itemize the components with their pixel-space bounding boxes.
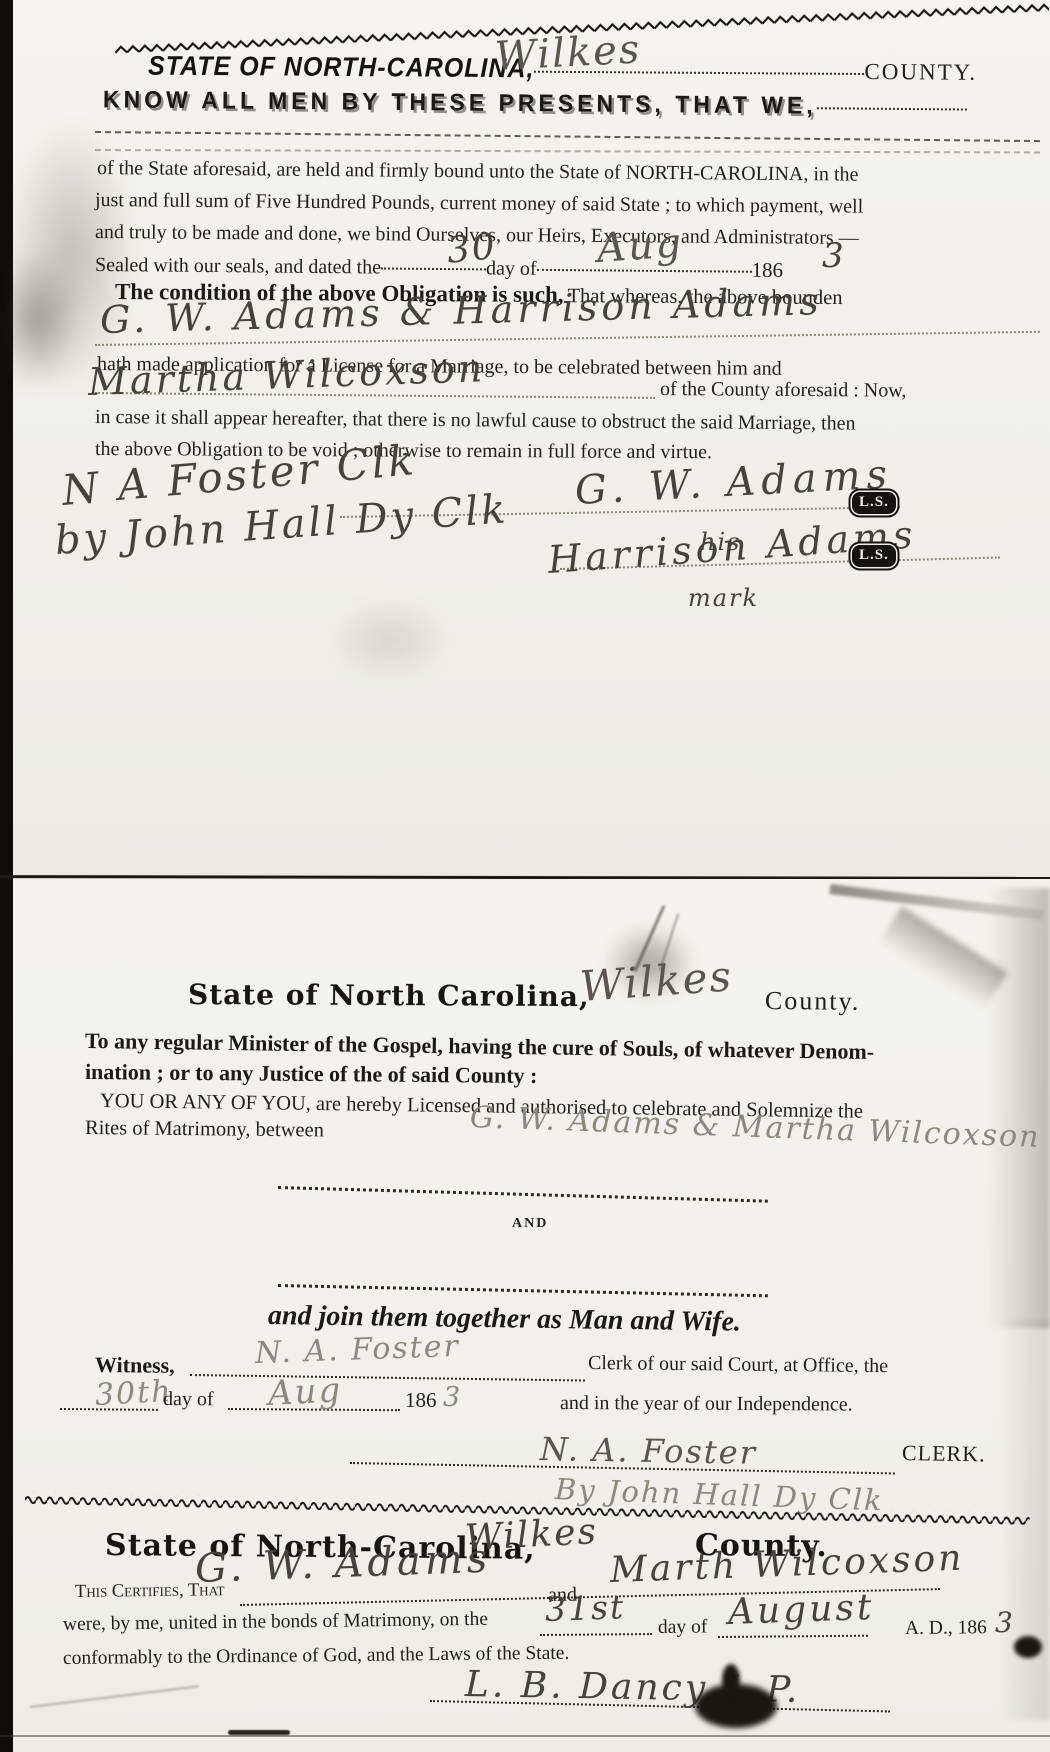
license-day-handwritten: 30th — [94, 1374, 173, 1413]
certificate-dayof-label: day of — [658, 1616, 708, 1639]
license-county-label: County. — [765, 986, 861, 1017]
certificate-month-handwritten: August — [727, 1587, 875, 1633]
bond-month-handwritten: Aug — [595, 220, 684, 272]
scanned-marriage-bond-document: STATE OF NORTH-CAROLINA,COUNTY. Wilkes K… — [0, 0, 1050, 1752]
license-clerk-label: CLERK. — [902, 1440, 986, 1467]
license-clerkof-text: Clerk of our said Court, at Office, the — [588, 1352, 888, 1378]
dotted-leader — [817, 105, 967, 110]
paper-bottom-edge — [0, 1735, 1050, 1737]
bond-day-handwritten: 30 — [445, 226, 499, 272]
seal-ls-2: L.S. — [852, 545, 896, 567]
bond-county-label: COUNTY. — [864, 59, 977, 85]
license-state-title: State of North Carolina, — [188, 978, 590, 1013]
license-month-handwritten: Aug — [267, 1370, 343, 1414]
bond-county-handwritten: Wilkes — [494, 26, 643, 80]
certificate-ad-label: A. D., 186 — [905, 1617, 987, 1640]
license-year-printed: 186 — [405, 1388, 437, 1413]
seal-ls-1: L.S. — [852, 492, 896, 514]
bond-sealed-text: Sealed with our seals, and dated the — [95, 254, 381, 278]
ink-blot-small — [1014, 1636, 1042, 1658]
bond-year-handwritten: 3 — [822, 236, 846, 276]
edge-squiggle — [228, 1730, 290, 1735]
certificate-day-handwritten: 31st — [544, 1587, 625, 1629]
ink-blot-tip — [722, 1664, 740, 1696]
license-heading-row: State of North Carolina, — [188, 978, 590, 1013]
license-you-line2: Rites of Matrimony, between — [85, 1117, 324, 1143]
license-clerk-signature: N. A. Foster — [540, 1430, 758, 1472]
license-independence-text: and in the year of our Independence. — [560, 1392, 853, 1417]
bond-year-printed: 186 — [751, 258, 783, 282]
license-to-line2: ination ; or to any Justice of the of sa… — [85, 1059, 538, 1089]
license-witness-handwritten: N. A. Foster — [254, 1329, 460, 1371]
license-and-label: AND — [512, 1216, 548, 1232]
license-year-handwritten: 3 — [443, 1382, 462, 1413]
certificate-year-handwritten: 3 — [995, 1606, 1015, 1639]
bond-mark-label: mark — [688, 584, 759, 612]
license-dayof-label: day of — [163, 1388, 214, 1411]
bond-county-aforesaid: of the County aforesaid : Now, — [660, 378, 907, 403]
bond-state-title: STATE OF NORTH-CAROLINA, — [148, 51, 535, 85]
edge-shading — [988, 888, 1050, 1328]
paper-smudge — [330, 600, 450, 680]
